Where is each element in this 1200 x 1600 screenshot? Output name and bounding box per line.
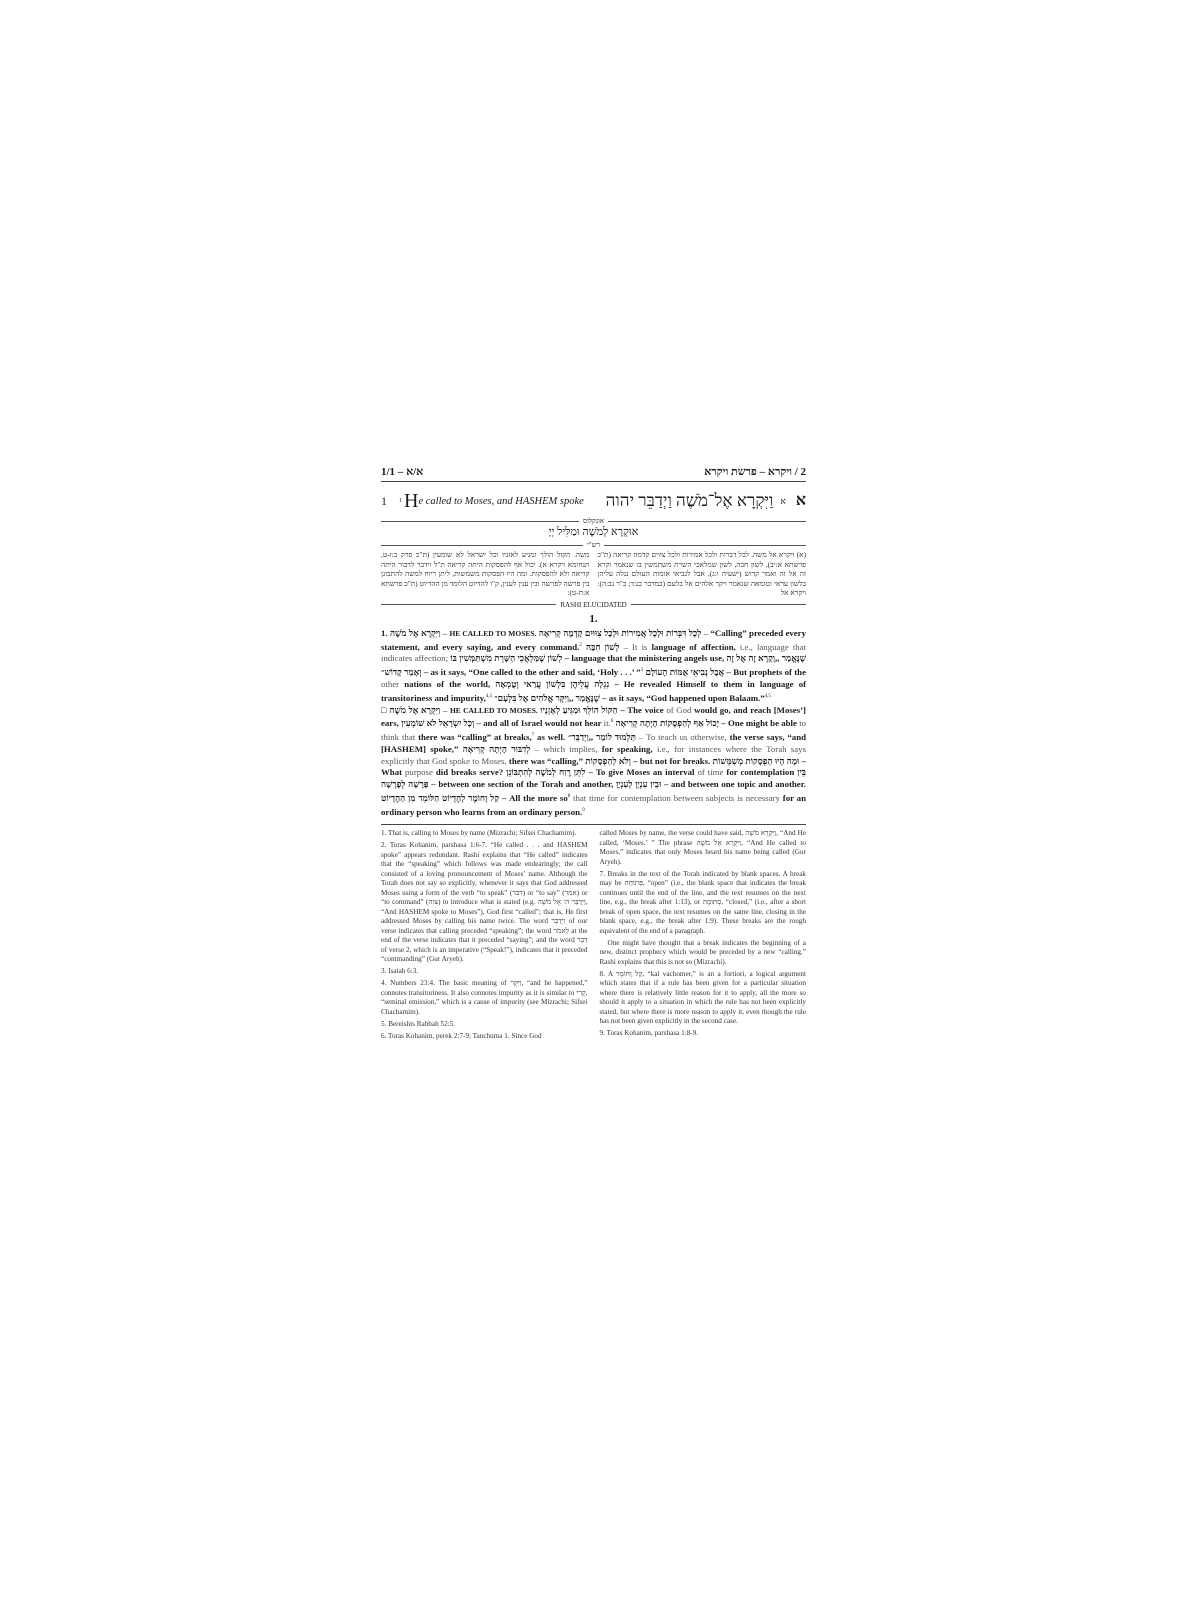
hebrew-phrase: לְדִבּוּר הָיְתָה קְרִיאָה xyxy=(463,744,531,754)
english-phrase: of time xyxy=(697,767,723,777)
footnote-rule xyxy=(381,824,806,825)
english-phrase: – between one section of the Torah and a… xyxy=(431,779,613,789)
english-phrase: – and between one topic and another. xyxy=(664,779,806,789)
hebrew-phrase: וּמָה הָיוּ הַפְסָקוֹת מְשַׁמְּשׁוֹת xyxy=(713,756,800,766)
hebrew-phrase: לְשׁוֹן חִבָּה xyxy=(586,642,619,652)
english-phrase: as well. xyxy=(534,732,565,742)
running-header: 1/1 – א/א 2 / ויקרא – פרשת ויקרא xyxy=(381,466,806,482)
rashi-col-right: (א) ויקרא אל משה. לכל דברות ולכל אמירות … xyxy=(598,550,807,598)
onkelos-text: אוּקְרָא לְמֹשֶׁה וּמַלִּיל יְיָ xyxy=(381,526,806,538)
smallcaps-heading: HE CALLED TO MOSES. xyxy=(450,706,538,715)
footnote: 8. A קַל וָחוֹמֶר, “kal vachomer,” is an… xyxy=(600,970,807,1027)
verse-number: 1 xyxy=(381,494,387,509)
footnote: 9. Toras Kohanim, parshasa 1:8-9. xyxy=(600,1029,807,1039)
verse-hebrew-text: וַיִּקְרָא אֶל־מֹשֶׁה וַיְדַבֵּר יהוה xyxy=(606,491,774,511)
footnote: 3. Isaiah 6:3. xyxy=(381,967,588,977)
english-phrase: – and all of Israel would not hear xyxy=(477,718,604,728)
footnote: 2. Toras Kohanim, parshasa 1:6-7. “He ca… xyxy=(381,841,588,965)
rashi-hebrew-commentary: (א) ויקרא אל משה. לכל דברות ולכל אמירות … xyxy=(381,550,806,598)
footnote: 5. Bereishis Rabbah 52:5. xyxy=(381,1020,588,1030)
english-phrase: for speaking, xyxy=(602,744,653,754)
hebrew-phrase: הַקּוֹל הוֹלֵךְ וּמַגִּיעַ לְאָזְנָיו xyxy=(540,705,617,715)
elucidated-label: RASHI ELUCIDATED xyxy=(556,601,630,609)
drop-initial: H xyxy=(404,491,418,511)
verse-letter: א xyxy=(780,496,785,506)
english-phrase: – but not for breaks. xyxy=(633,756,710,766)
english-phrase: – All the more so xyxy=(502,793,568,803)
english-phrase: purpose xyxy=(405,767,433,777)
smallcaps-heading: HE CALLED TO MOSES. xyxy=(449,629,536,638)
english-phrase: for contemplation xyxy=(723,767,794,777)
hebrew-heading: וַיִּקְרָא אֶל מֹשֶׁה xyxy=(389,705,440,715)
verse-line: 1 1 H e called to Moses, and HASHEM spok… xyxy=(381,488,806,514)
hebrew-phrase: שֶׁנֶּאֱמַר ,,וַיִּקָּר אֱלֹהִים אֶל בִּ… xyxy=(494,693,600,703)
hebrew-phrase: נִגְלָה עֲלֵיהֶן בִּלְשׁוֹן עֲרַאי וְטֻמ… xyxy=(495,679,609,689)
verse-hebrew: א א וַיִּקְרָא אֶל־מֹשֶׁה וַיְדַבֵּר יהו… xyxy=(606,491,806,511)
header-verse-ref: 1/1 – א/א xyxy=(381,466,423,478)
book-page: 1/1 – א/א 2 / ויקרא – פרשת ויקרא 1 1 H e… xyxy=(381,466,806,1044)
hebrew-phrase: לְכָל דִּבְּרוֹת וּלְכָל אֲמִירוֹת וּלְכ… xyxy=(539,628,701,638)
english-phrase: of God xyxy=(666,705,691,715)
rashi-label: רש"י xyxy=(583,541,604,549)
para-number: 1. xyxy=(381,628,388,638)
english-phrase: – as it says, “One called to the other a… xyxy=(424,667,641,677)
onkelos-divider: אונקלוס xyxy=(381,517,806,525)
elucidation-paragraph-2: □ וַיִּקְרָא אֶל מֹשֶׁה – HE CALLED TO M… xyxy=(381,705,806,819)
english-phrase: – It is xyxy=(624,642,652,652)
hebrew-phrase: וְכָל יִשְׂרָאֵל לֹא שׁוֹמְעִין xyxy=(401,718,474,728)
english-phrase: nations of the world, xyxy=(399,679,490,689)
english-phrase: “Calling” xyxy=(710,628,746,638)
hebrew-phrase: אֲבָל נְבִיאֵי אֻמּוֹת הָעוֹלָם xyxy=(646,667,725,677)
english-phrase: – One might be able xyxy=(721,718,799,728)
english-phrase: – language that the ministering angels u… xyxy=(565,653,725,663)
english-phrase: there was “calling,” xyxy=(509,756,583,766)
hebrew-phrase: קַל וָחוֹמֶר לְהֶדְיוֹט הַלּוֹמֵד מִן הַ… xyxy=(381,793,499,803)
section-number: 1. xyxy=(381,613,806,625)
chapter-letter: א xyxy=(796,492,806,510)
english-phrase: – which implies, xyxy=(535,744,602,754)
hebrew-phrase: וְלֹא לְהַפְסָקוֹת xyxy=(585,756,631,766)
footnotes-col-left: 1. That is, calling to Moses by name (Mi… xyxy=(381,829,588,1044)
english-phrase: other xyxy=(381,679,399,689)
footnote: 6. Toras Kohanim, perek 2:7-9; Tanchuma … xyxy=(381,1032,588,1042)
footnotes: 1. That is, calling to Moses by name (Mi… xyxy=(381,829,806,1044)
elucidation-paragraph-1: 1. וַיִּקְרָא אֶל מֹשֶׁה – HE CALLED TO … xyxy=(381,628,806,705)
verse-english: 1 1 H e called to Moses, and HASHEM spok… xyxy=(381,491,584,511)
english-phrase: that time for contemplation between subj… xyxy=(570,793,783,803)
rashi-elucidated: 1. וַיִּקְרָא אֶל מֹשֶׁה – HE CALLED TO … xyxy=(381,628,806,818)
rashi-divider: רש"י xyxy=(381,541,806,549)
english-phrase: did breaks serve? xyxy=(433,767,503,777)
english-phrase: it. xyxy=(604,718,611,728)
hebrew-phrase: לִתֵּן רֶוַח לְמֹשֶׁה לְהִתְבּוֹנֵן xyxy=(506,767,585,777)
hebrew-phrase: לְשׁוֹן שֶׁמַּלְאֲכֵי הַשָּׁרֵת מִשְׁתַּ… xyxy=(450,653,562,663)
footnote: 4. Numbers 23:4. The basic meaning of וַ… xyxy=(381,979,588,1017)
hebrew-phrase: וּבֵין עִנְיָן לְעִנְיָן xyxy=(616,779,661,789)
onkelos-label: אונקלוס xyxy=(579,517,608,525)
square-bullet-icon: □ xyxy=(381,705,387,715)
footnote: 1. That is, calling to Moses by name (Mi… xyxy=(381,829,588,839)
english-phrase: – The voice xyxy=(620,705,666,715)
verse-english-text: e called to Moses, and HASHEM spoke xyxy=(418,496,583,507)
english-phrase: – To teach us otherwise, xyxy=(639,732,730,742)
english-phrase: – To give Moses an interval xyxy=(588,767,697,777)
english-phrase: language of affection, xyxy=(652,642,736,652)
english-phrase: – as it says, “God happened upon Balaam.… xyxy=(602,693,765,703)
elucidated-divider: RASHI ELUCIDATED xyxy=(381,601,806,609)
footnote: One might have thought that a break indi… xyxy=(600,939,807,968)
footnote: 7. Breaks in the text of the Torah indic… xyxy=(600,870,807,937)
header-parsha-title: 2 / ויקרא – פרשת ויקרא xyxy=(704,466,806,478)
footnote: called Moses by name, the verse could ha… xyxy=(600,829,807,867)
hebrew-phrase: תַּלְמוּד לוֹמַר ,,וַיְדַבֵּר״ xyxy=(568,732,636,742)
hebrew-heading: וַיִּקְרָא אֶל מֹשֶׁה xyxy=(390,628,440,638)
english-phrase: – But prophets of the xyxy=(727,667,806,677)
footnotes-col-right: called Moses by name, the verse could ha… xyxy=(600,829,807,1044)
hebrew-phrase: יָכוֹל אַף לְהַפְסָקוֹת הָיְתָה קְרִיאָה xyxy=(616,718,719,728)
rashi-col-left: משה. הקול הולך ומגיע לאזניו וכל ישראל לא… xyxy=(381,550,590,598)
verse-footnote-marker: 1 xyxy=(399,498,402,504)
english-phrase: there was “calling” at breaks, xyxy=(418,732,532,742)
